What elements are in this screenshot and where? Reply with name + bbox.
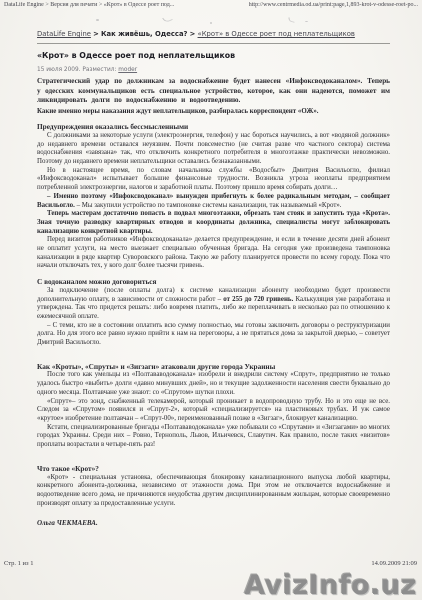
article-paragraph: – Именно поэтому «Инфоксводоканал» вынуж… xyxy=(37,193,390,210)
article-paragraph: За подключение (после оплаты долга) к си… xyxy=(37,287,390,322)
date-line: 15 июля 2009. Разместил: moder xyxy=(37,67,390,73)
article-body: Стратегический удар по должникам за водо… xyxy=(37,77,390,508)
article-paragraph: После того как умельцы из «Полтававодока… xyxy=(37,371,390,397)
breadcrumb-link-root[interactable]: DataLife Engine xyxy=(37,30,91,38)
print-header-title: DataLife Engine > Версия для печати > «К… xyxy=(4,2,174,8)
page-title: «Крот» в Одессе роет под неплательщиков xyxy=(37,51,390,60)
breadcrumb-link-current[interactable]: «Крот» в Одессе роет под неплательщиков xyxy=(198,30,355,38)
scan-squiggle xyxy=(288,17,296,23)
article-paragraph: «Спрут»– это зонд, снабженный телекамеро… xyxy=(37,398,390,424)
article-heading: Что такое «Крот»? xyxy=(37,465,390,474)
article-paragraph: Перед визитом работников «Инфоксводокана… xyxy=(37,236,390,271)
article-paragraph: Но в настоящее время, по словам начальни… xyxy=(37,167,390,193)
article-paragraph: «Крот» - специальная установка, обеспечи… xyxy=(37,474,390,509)
article-heading: Как «Кроты», «Спруты» и «Зигзаги» атаков… xyxy=(37,363,390,372)
print-header-url: http://www.centrmedia.od.ua/print:page,1… xyxy=(249,2,418,8)
article-paragraph: Кстати, специализированные бригады «Полт… xyxy=(37,424,390,450)
article-paragraph: – С теми, кто не в состоянии оплатить вс… xyxy=(37,322,390,348)
article-content: DataLife Engine > Как живёшь, Одесса? > … xyxy=(37,30,390,527)
breadcrumb-separator: > xyxy=(190,30,196,38)
scanned-print-page: DataLife Engine > Версия для печати > «К… xyxy=(0,0,422,600)
posted-label: Разместил: xyxy=(82,67,116,73)
scan-speck xyxy=(305,21,308,22)
breadcrumb-separator: > xyxy=(93,30,99,38)
print-footer: Стр. 1 из 1 14.09.2009 21:09 xyxy=(4,560,417,567)
article-paragraph: С должниками за некоторые услуги (электр… xyxy=(37,132,390,167)
article-heading: Предупреждения оказались бессмысленными xyxy=(37,123,390,132)
print-timestamp: 14.09.2009 21:09 xyxy=(371,560,417,567)
avizinfo-watermark: AvizInfo.uz xyxy=(244,570,417,600)
article-paragraph: Какие именно меры наказания ждут неплате… xyxy=(37,108,390,117)
publish-date: 15 июля 2009. xyxy=(37,67,81,73)
article-paragraph: Стратегический удар по должникам за водо… xyxy=(37,77,390,106)
scan-speck xyxy=(96,19,99,21)
scan-squiggle xyxy=(162,14,173,23)
breadcrumb: DataLife Engine > Как живёшь, Одесса? > … xyxy=(37,30,390,44)
print-header: DataLife Engine > Версия для печати > «К… xyxy=(4,2,418,8)
page-number-info: Стр. 1 из 1 xyxy=(4,560,33,567)
scan-speck xyxy=(210,22,212,24)
article-paragraph: Теперь мастерам достаточно попасть в под… xyxy=(37,210,390,236)
article-heading: С водоканалом можно договориться xyxy=(37,278,390,287)
author-signature: Ольга ЧЕКМАЕВА. xyxy=(37,519,390,527)
posted-by-link[interactable]: moder xyxy=(118,67,137,73)
breadcrumb-category: Как живёшь, Одесса? xyxy=(101,30,188,38)
